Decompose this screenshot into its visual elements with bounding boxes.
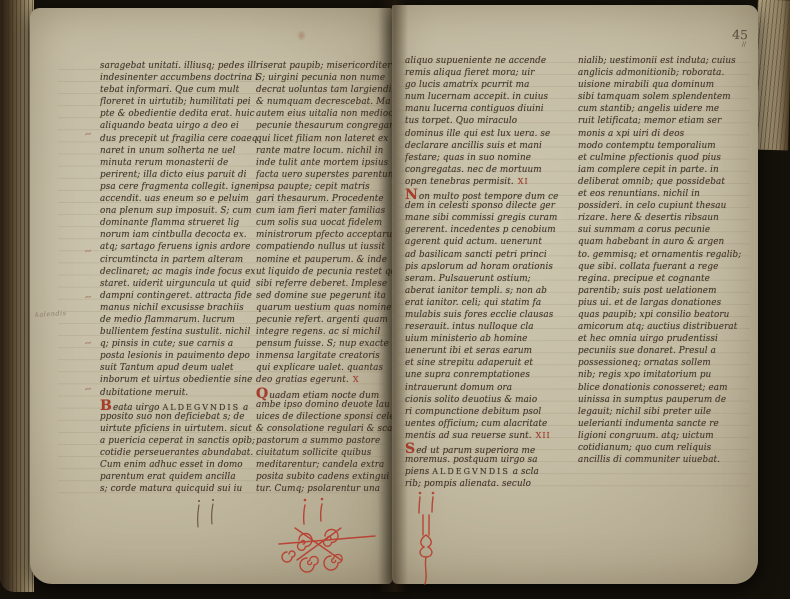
manuscript-text-line: s; corde matura quicquid sui iu [100, 483, 257, 495]
manuscript-text-line: psa cere fragmenta collegit. ignem [100, 181, 257, 193]
margin-correction-mark: ~ [83, 291, 93, 303]
manuscript-text-line: qui licet filiam non lateret ex [256, 133, 409, 145]
manuscript-text-line: possideri. in celo cupiunt thesau [578, 200, 751, 212]
right-page-column-1: aliquo supueniente ne accenderemis aliqu… [405, 55, 573, 493]
right-page-edges [754, 0, 790, 150]
manuscript-text-line: integre regens. ac si michil [256, 326, 409, 338]
manuscript-text-line: naret in unum solherta ne uel [100, 145, 257, 157]
manuscript-text-line: nialib; uestimonii est induta; cuius [578, 55, 751, 67]
manuscript-text-line: modo contemptu temporalium [578, 140, 751, 152]
manuscript-text-line: ad basilicam sancti petri princi [405, 249, 573, 261]
manuscript-text-line: blice donationis conosseret; eam [578, 382, 751, 394]
manuscript-text-line: moremus. postquam uirgo sa [405, 454, 573, 466]
manuscript-text-line: ona plenum sup imposuit. S; cum [100, 205, 257, 217]
manuscript-text-line: ruit letificata; memor etiam ser [578, 115, 751, 127]
manuscript-text-line: deo gratias egerunt.X [256, 374, 409, 386]
manuscript-text-line: cotidianum; quo cum reliquis [578, 442, 751, 454]
manuscript-text-line: pte & obedientie dedita erat. huic [100, 108, 257, 120]
manuscript-text-line: rizare. here & desertis ribsaun [578, 212, 751, 224]
manuscript-text-line: & consolatione regulari & sca [256, 423, 409, 435]
manuscript-text-line: erat ianitor. celi; qui statim fa [405, 297, 573, 309]
faint-red-mark [297, 30, 306, 41]
manuscript-text-line: que sibi. collata fuerant a rege [578, 261, 751, 273]
manuscript-text-line: saragebat unitati. illiusq; pedes illi [100, 60, 257, 72]
manuscript-text-line: circumtincta in partem alteram [100, 254, 257, 266]
manuscript-text-line: pecunie refert. argenti quam [256, 314, 409, 326]
manuscript-text-line: pastorum a summo pastore [256, 435, 409, 447]
manuscript-text-line: sed domine sue pegerunt ita [256, 290, 409, 302]
pen-flourish-scroll-icon [275, 498, 385, 583]
manuscript-text-line: manu lucerna contiguos diuini [405, 103, 573, 115]
manuscript-text-line: piens aldegvndis a scla [405, 466, 573, 478]
manuscript-text-line: inde tulit ante mortem ipsius [256, 157, 409, 169]
left-page-column-1: saragebat unitati. illiusq; pedes illiin… [100, 60, 257, 498]
margin-note: kalendis [35, 309, 67, 319]
right-page: 45 // aliquo supueniente ne accenderemis… [392, 5, 758, 584]
manuscript-text-line: posita subito cadens extingui [256, 471, 409, 483]
manuscript-text-line: mane sibi commissi gregis curam [405, 212, 573, 224]
pen-trial-marks [193, 499, 227, 533]
margin-correction-mark: ~ [83, 128, 93, 140]
manuscript-text-line: uinissa in sumptus pauperum de [578, 394, 751, 406]
manuscript-text-line: pis apslorum ad horam orationis [405, 261, 573, 273]
manuscript-text-line: perirent; illa dicto eius paruit di [100, 169, 257, 181]
manuscript-text-line: anglicis admonitionib; roborata. [578, 67, 751, 79]
manuscript-text-line: cum solis sua uocat fidelem [256, 217, 409, 229]
manuscript-text-line: floreret in uirtutib; humilitati pei [100, 96, 257, 108]
manuscript-text-line: et hec omnia uirgo prudentissi [578, 333, 751, 345]
manuscript-text-line: minuta rerum monasterii de [100, 157, 257, 169]
manuscript-text-line: staret. uiderit uirguncula ut quid [100, 278, 257, 290]
manuscript-text-line: gererent. incedentes p cenobium [405, 224, 573, 236]
manuscript-text-line: autem eius uitalia non medioc [256, 108, 409, 120]
manuscript-text-line: uices de dilectione sponsi cele [256, 411, 409, 423]
manuscript-text-line: quas paupib; xpi consilio beatoru [578, 309, 751, 321]
manuscript-text-line: declinaret; ac magis inde focus ex [100, 266, 257, 278]
manuscript-text-line: possessioneq; ornatas sollem [578, 357, 751, 369]
manuscript-text-line: agerent quid actum. uenerunt [405, 236, 573, 248]
manuscript-text-line: uisione mirabili qua dominum [578, 79, 751, 91]
margin-correction-mark: ~ [83, 337, 93, 349]
manuscript-text-line: open tenebras permisit.XI [405, 176, 573, 188]
manuscript-text-line: num lucernam accepit. in cuius [405, 91, 573, 103]
manuscript-text-line: quarum uestium quas nomine [256, 302, 409, 314]
manuscript-text-line: cum iam fieri mater familias [256, 205, 409, 217]
manuscript-text-line: ministrorum pfecto acceptarum [256, 229, 409, 241]
manuscript-text-line: uentes officium; cum alacritate [405, 418, 573, 430]
manuscript-text-line: ligioni congruum. atq; uictum [578, 430, 751, 442]
manuscript-text-line: pius ui. et de largas donationes [578, 297, 751, 309]
left-page-column-2: riserat paupib; misericorditer erogaS; u… [256, 60, 409, 498]
manuscript-text-line: rante matre locum. nichil in [256, 145, 409, 157]
manuscript-text-line: sui summam a corus pecunie [578, 224, 751, 236]
manuscript-text-line: dubitatione meruit. [100, 387, 257, 399]
manuscript-text-line: reserauit. intus nulloque cla [405, 321, 573, 333]
manuscript-text-line: et sine strepitu adaperuit et [405, 357, 573, 369]
manuscript-text-line: cum stantib; angelis uidere me [578, 103, 751, 115]
manuscript-text-line: ciuitatum sollicite quibus [256, 447, 409, 459]
manuscript-text-line: pensum fuisse. S; nup exacte si [256, 338, 409, 350]
manuscript-text-line: legauit; nichil sibi preter uile [578, 406, 751, 418]
manuscript-text-line: festare; quas in suo nomine [405, 152, 573, 164]
folio-number: 45 // [732, 27, 749, 49]
manuscript-text-line: gari thesaurum. Procedente [256, 193, 409, 205]
manuscript-text-line: dem in celesti sponso dilecte ger [405, 200, 573, 212]
manuscript-text-line: nib; regis xpo imitatorium pu [578, 369, 751, 381]
rubric-chapter-numeral: X [353, 375, 360, 384]
manuscript-text-line: decrat uoluntas tam largiendi [256, 84, 409, 96]
manuscript-text-line: remis aliqua fieret mora; uir [405, 67, 573, 79]
manuscript-text-line: et eos renuntians. nichil in [578, 188, 751, 200]
manuscript-text-line: accendit. uas eneum so e peluim [100, 193, 257, 205]
manuscript-text-line: monis a xpi uiri di deos [578, 128, 751, 140]
manuscript-text-line: facta uero superstes parentum [256, 169, 409, 181]
manuscript-text-line: sibi referre deberet. Implese [256, 278, 409, 290]
manuscript-text-line: uelerianti indumenta sancte re [578, 418, 751, 430]
left-page-edges [0, 0, 34, 592]
manuscript-text-line: & numquam decrescebat. Ma [256, 96, 409, 108]
manuscript-text-line: dominante flamma strueret lig [100, 217, 257, 229]
manuscript-text-line: de medio flammarum. lucrum [100, 314, 257, 326]
manuscript-text-line: parentib; suis post uelationem [578, 285, 751, 297]
manuscript-text-line: aliquo supueniente ne accende [405, 55, 573, 67]
manuscript-text-line: pecuniis sue donaret. Presul a [578, 345, 751, 357]
manuscript-text-line: ri compunctione debitum psol [405, 406, 573, 418]
rubric-chapter-numeral: XI [518, 177, 529, 186]
manuscript-text-line: compatiendo nullus ut iussit [256, 241, 409, 253]
manuscript-text-line: pecunie thesaurum congregans [256, 120, 409, 132]
manuscript-text-line: aliquando beata uirgo a deo ei [100, 120, 257, 132]
manuscript-text-line: meditarentur; candela extra [256, 459, 409, 471]
manuscript-text-line: Sed ut parum superiora me [405, 442, 573, 454]
manuscript-text-line: ancillis di communiter uiuebat. [578, 454, 751, 466]
manuscript-text-line: dominus ille qui est lux uera. se [405, 128, 573, 140]
manuscript-text-line: sibi tamquam solem splendentem [578, 91, 751, 103]
manuscript-text-line: Cum enim adhuc esset in domo [100, 459, 257, 471]
manuscript-text-line: ut liquido de pecunia restet qd [256, 266, 409, 278]
manuscript-text-line: S; uirgini pecunia non nume [256, 72, 409, 84]
rubric-chapter-numeral: XII [536, 431, 551, 440]
manuscript-text-line: go lucis amatrix pcurrit ma [405, 79, 573, 91]
manuscript-text-line: norum iam cintbulla decocta ex. [100, 229, 257, 241]
manuscript-text-line: regina. precipue et cognante [578, 273, 751, 285]
manuscript-text-line: Beata uirgo aldegvndis a [100, 399, 257, 411]
manuscript-text-line: posta lesionis in pauimento depo [100, 350, 257, 362]
manuscript-text-line: declarare ancillis suis et mani [405, 140, 573, 152]
manuscript-text-line: tur. Cumq; psolarentur una [256, 483, 409, 495]
manuscript-text-line: inmensa largitate creatoris [256, 350, 409, 362]
manuscript-text-line: et culmine pfectionis quod pius [578, 152, 751, 164]
manuscript-text-line: nomine et pauperum. & inde [256, 254, 409, 266]
manuscript-text-line: Quadam etiam nocte dum [256, 387, 409, 399]
left-page: kalendis ~ ~ ~ ~ ~ saragebat unitati. il… [30, 8, 392, 584]
manuscript-text-line: uirtute pficiens in uirtutem. sicut [100, 423, 257, 435]
manuscript-text-line: congregatas. nec de mortuum [405, 164, 573, 176]
manuscript-text-line: atq; sartago feruens ignis ardore [100, 241, 257, 253]
manuscript-text-line: deliberat omnib; que possidebat [578, 176, 751, 188]
manuscript-text-line: tebat informari. Que cum mult [100, 84, 257, 96]
manuscript-text-line: Non multo post tempore dum ce [405, 188, 573, 200]
right-page-column-2: nialib; uestimonii est induta; cuiusangl… [578, 55, 751, 469]
manuscript-text-line: q; pinsis in cute; sue carnis a [100, 338, 257, 350]
manuscript-text-line: inborum et uirtus obedientie sine [100, 374, 257, 386]
manuscript-text-line: tus torpet. Quo miraculo [405, 115, 573, 127]
manuscript-text-line: mulabis suis fores ecclie clausas [405, 309, 573, 321]
manuscript-text-line: mentis ad sua reuerse sunt.XII [405, 430, 573, 442]
manuscript-text-line: ambe ipso domino deuote lau [256, 399, 409, 411]
manuscript-text-line: quam habebant in auro & argen [578, 236, 751, 248]
manuscript-text-line: pposito suo non deficiebat s; de [100, 411, 257, 423]
manuscript-text-line: bullientem festina sustulit. nichil [100, 326, 257, 338]
manuscript-text-line: a puericia ceperat in sanctis opib; [100, 435, 257, 447]
pen-flourish-dagger-icon [408, 491, 454, 586]
manuscript-text-line: dampni contingeret. attracta fide [100, 290, 257, 302]
manuscript-text-line: amicorum atq; auctius distribuerat [578, 321, 751, 333]
manuscript-text-line: riserat paupib; misericorditer eroga [256, 60, 409, 72]
manuscript-text-line: qui explicare ualet. quantas [256, 362, 409, 374]
manuscript-text-line: dus precepit ut fragilia cere coaequ [100, 133, 257, 145]
manuscript-text-line: rib; pompis alienata. seculo [405, 478, 573, 490]
manuscript-text-line: cotidie perseuerantes abundabat. [100, 447, 257, 459]
manuscript-text-line: uium ministerio ab homine [405, 333, 573, 345]
manuscript-text-line: intrauerunt domum ora [405, 382, 573, 394]
manuscript-text-line: to. gemmisq; et ornamentis regalib; [578, 249, 751, 261]
folio-marks: // [742, 40, 748, 48]
manuscript-text-line: iam complere cepit in parte. in [578, 164, 751, 176]
manuscript-text-line: suit Tantum apud deum ualet [100, 362, 257, 374]
manuscript-photo: kalendis ~ ~ ~ ~ ~ saragebat unitati. il… [0, 0, 790, 599]
manuscript-text-line: parentum erat quidem ancilla [100, 471, 257, 483]
manuscript-text-line: cionis solito deuotius & maio [405, 394, 573, 406]
manuscript-text-line: ipsa paupte; cepit matris [256, 181, 409, 193]
margin-correction-mark: ~ [83, 383, 93, 395]
manuscript-text-line: manus nichil excusisse brachiis [100, 302, 257, 314]
manuscript-text-line: seram. Pulsauerunt ostium; [405, 273, 573, 285]
manuscript-text-line: une supra conremptationes [405, 369, 573, 381]
manuscript-text-line: indesinenter accumbens doctrina li [100, 72, 257, 84]
margin-correction-mark: ~ [83, 245, 93, 257]
manuscript-text-line: aberat ianitor templi. s; non ab [405, 285, 573, 297]
manuscript-text-line: uenerunt ibi et seras earum [405, 345, 573, 357]
